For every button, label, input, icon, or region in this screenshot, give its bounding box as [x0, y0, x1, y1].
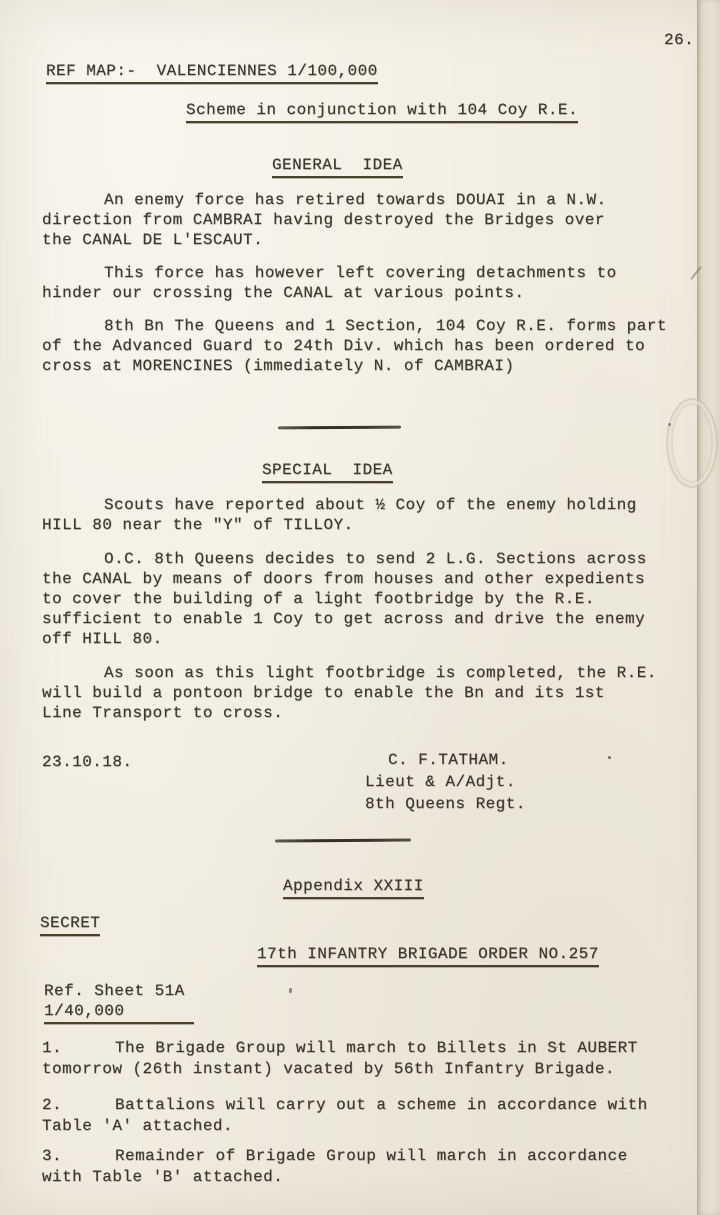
special-idea-paragraph-1: Scouts have reported about ½ Coy of the … [42, 495, 687, 535]
ink-speck [668, 423, 671, 426]
special-idea-paragraph-3: As soon as this light footbridge is comp… [42, 663, 687, 723]
order-item-2: 2. Battalions will carry out a scheme in… [42, 1095, 687, 1137]
section-divider-rule [278, 426, 401, 430]
order-item-1: 1. The Brigade Group will march to Bille… [42, 1038, 687, 1080]
embossed-seal-mark [666, 398, 718, 488]
signature-date: 23.10.18. [42, 752, 132, 772]
order-item-1-number: 1. [42, 1038, 62, 1058]
order-item-1-text: The Brigade Group will march to Billets … [42, 1038, 687, 1080]
page-number: 26. [664, 30, 694, 50]
appendix-divider-rule [275, 839, 411, 843]
special-idea-paragraph-2: O.C. 8th Queens decides to send 2 L.G. S… [42, 549, 687, 649]
order-item-3-text: Remainder of Brigade Group will march in… [42, 1146, 687, 1188]
general-idea-paragraph-1: An enemy force has retired towards DOUAI… [42, 190, 687, 250]
signature-rank: Lieut & A/Adjt. [365, 772, 516, 792]
general-idea-heading: GENERAL IDEA [272, 155, 403, 178]
ref-sheet-line: Ref. Sheet 51A [44, 981, 185, 1001]
ink-speck [608, 756, 611, 759]
appendix-title: Appendix XXIII [283, 876, 424, 899]
signature-unit: 8th Queens Regt. [365, 794, 526, 814]
secret-classification: SECRET [40, 913, 100, 936]
page-edge-shadow [697, 0, 720, 1215]
order-item-2-text: Battalions will carry out a scheme in ac… [42, 1095, 687, 1137]
general-idea-paragraph-2: This force has however left covering det… [42, 263, 687, 303]
document-page: 26. REF MAP:- VALENCIENNES 1/100,000 Sch… [0, 0, 720, 1215]
special-idea-heading: SPECIAL IDEA [262, 460, 393, 483]
order-item-3-number: 3. [42, 1146, 62, 1166]
ref-map-line: REF MAP:- VALENCIENNES 1/100,000 [46, 61, 378, 84]
order-item-2-number: 2. [42, 1095, 62, 1115]
signature-name: C. F.TATHAM. [388, 750, 509, 770]
order-item-3: 3. Remainder of Brigade Group will march… [42, 1146, 687, 1188]
map-scale-line: 1/40,000 [44, 1001, 194, 1024]
general-idea-paragraph-3: 8th Bn The Queens and 1 Section, 104 Coy… [42, 316, 687, 376]
brigade-order-title: 17th INFANTRY BRIGADE ORDER NO.257 [257, 944, 599, 967]
ink-speck [289, 988, 292, 993]
ink-speck [556, 1046, 558, 1048]
scheme-subtitle: Scheme in conjunction with 104 Coy R.E. [186, 100, 578, 123]
